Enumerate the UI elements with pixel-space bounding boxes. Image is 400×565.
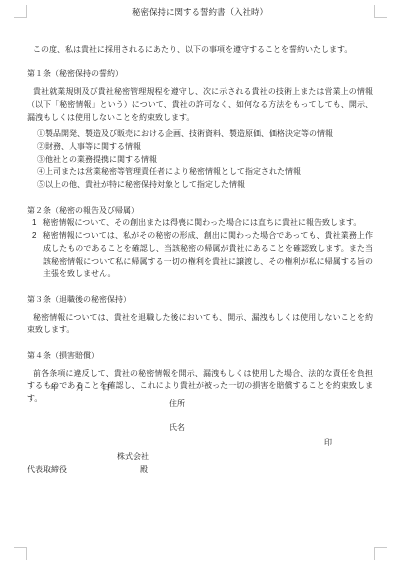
- article-2-clause-1: 1秘密情報について、その創出または得喪に関わった場合には直ちに貴社に報告致します…: [32, 217, 373, 230]
- name-label: 氏名: [169, 423, 185, 433]
- article-3-heading: 第３条（退職後の秘密保持）: [27, 294, 373, 307]
- clause-1-number: 1: [32, 218, 42, 227]
- margin-corner-mark-bottom-left: [14, 547, 27, 560]
- article-1-list-item-4: ④上司または営業秘密等管理責任者により秘密情報として指定された情報: [37, 166, 373, 179]
- document-title: 秘密保持に関する誓約書（入社時）: [27, 6, 373, 19]
- article-1-heading: 第１条（秘密保持の誓約）: [27, 68, 373, 81]
- year-label: 年: [50, 383, 58, 392]
- document-page: 秘密保持に関する誓約書（入社時） この度、私は貴社に採用されるにあたり、以下の事…: [0, 0, 400, 565]
- article-4: 第４条（損害賠償） 前各条項に違反して、貴社の秘密情報を開示、漏洩もしくは使用し…: [27, 350, 373, 406]
- article-1-list-item-3: ③他社との業務提携に関する情報: [37, 154, 373, 167]
- article-3-body: 秘密情報については、貴社を退職した後においても、開示、漏洩もしくは使用しないこと…: [27, 312, 373, 337]
- article-1-body: 貴社就業規則及び貴社秘密管理規程を遵守し、次に示される貴社の技術上または営業上の…: [27, 86, 373, 124]
- article-1-list-item-2: ②財務、人事等に関する情報: [37, 141, 373, 154]
- date-line: 年月日: [50, 383, 110, 393]
- honorific-label: 殿: [140, 465, 148, 475]
- article-3: 第３条（退職後の秘密保持） 秘密情報については、貴社を退職した後においても、開示…: [27, 294, 373, 337]
- article-1-list-item-1: ①製品開発、製造及び販売における企画、技術資料、製造原価、価格決定等の情報: [37, 128, 373, 141]
- address-label: 住所: [169, 399, 185, 409]
- article-2-clause-2: 2秘密情報については、私がその秘密の形成、創出に関わった場合であっても、貴社業務…: [32, 230, 373, 281]
- clause-2-number: 2: [32, 231, 42, 240]
- article-1: 第１条（秘密保持の誓約） 貴社就業規則及び貴社秘密管理規程を遵守し、次に示される…: [27, 68, 373, 191]
- seal-label: 印: [324, 438, 332, 448]
- day-label: 日: [102, 383, 110, 392]
- article-2: 第２条（秘密の報告及び帰属） 1秘密情報について、その創出または得喪に関わった場…: [27, 205, 373, 281]
- article-1-list-item-5: ⑤以上の他、貴社が特に秘密保持対象として指定した情報: [37, 179, 373, 192]
- clause-1-text: 秘密情報について、その創出または得喪に関わった場合には直ちに貴社に報告致します。: [42, 218, 361, 227]
- article-4-heading: 第４条（損害賠償）: [27, 350, 373, 363]
- margin-corner-mark-bottom-right: [374, 547, 387, 560]
- clause-2-text: 秘密情報については、私がその秘密の形成、創出に関わった場合であっても、貴社業務上…: [42, 231, 373, 278]
- company-suffix-label: 株式会社: [117, 452, 149, 462]
- representative-title-label: 代表取締役: [27, 465, 67, 475]
- margin-corner-mark-top-left: [14, 5, 27, 18]
- margin-corner-mark-top-right: [374, 5, 387, 18]
- article-1-list: ①製品開発、製造及び販売における企画、技術資料、製造原価、価格決定等の情報 ②財…: [37, 128, 373, 192]
- document-content: 秘密保持に関する誓約書（入社時） この度、私は貴社に採用されるにあたり、以下の事…: [27, 6, 373, 406]
- article-2-heading: 第２条（秘密の報告及び帰属）: [27, 205, 373, 218]
- month-label: 月: [76, 383, 84, 392]
- intro-paragraph: この度、私は貴社に採用されるにあたり、以下の事項を遵守することを誓約いたします。: [27, 44, 373, 57]
